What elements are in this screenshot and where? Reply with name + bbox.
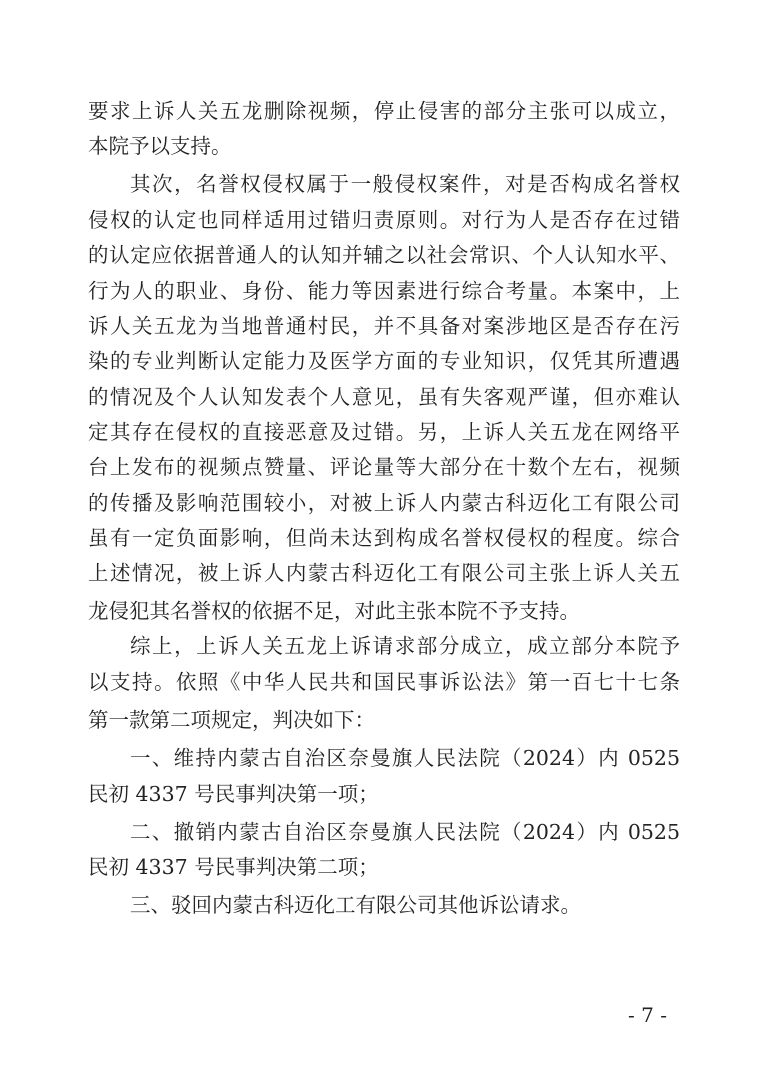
judgment-item-2: 二、撤销内蒙古自治区奈曼旗人民法院（2024）内 0525 [130, 817, 680, 847]
text-line: 其次，名誉权侵权属于一般侵权案件，对是否构成名誉权 [130, 169, 680, 199]
text-line: 要求上诉人关五龙删除视频，停止侵害的部分主张可以成立， [88, 96, 680, 126]
text-line: 第一款第二项规定，判决如下： [88, 705, 680, 735]
judgment-item-2-cont: 民初 4337 号民事判决第二项； [88, 852, 680, 882]
judgment-item-1-cont: 民初 4337 号民事判决第一项； [88, 779, 680, 809]
text-line: 侵权的认定也同样适用过错归责原则。对行为人是否存在过错 [88, 205, 680, 235]
judgment-item-3: 三、驳回内蒙古科迈化工有限公司其他诉讼请求。 [130, 890, 680, 920]
text-line: 虽有一定负面影响，但尚未达到构成名誉权侵权的程度。综合 [88, 523, 680, 553]
judgment-item-1: 一、维持内蒙古自治区奈曼旗人民法院（2024）内 0525 [130, 743, 680, 773]
text-line: 诉人关五龙为当地普通村民，并不具备对案涉地区是否存在污 [88, 311, 680, 341]
text-line: 定其存在侵权的直接恶意及过错。另，上诉人关五龙在网络平 [88, 417, 680, 447]
text-line: 的认定应依据普通人的认知并辅之以社会常识、个人认知水平、 [88, 240, 680, 270]
text-line: 以支持。依照《中华人民共和国民事诉讼法》第一百七十七条 [88, 667, 680, 697]
text-line: 行为人的职业、身份、能力等因素进行综合考量。本案中，上 [88, 276, 680, 306]
document-page: 要求上诉人关五龙删除视频，停止侵害的部分主张可以成立， 本院予以支持。 其次，名… [0, 0, 770, 1075]
text-line: 本院予以支持。 [88, 131, 680, 161]
text-line: 台上发布的视频点赞量、评论量等大部分在十数个左右，视频 [88, 452, 680, 482]
text-line: 上述情况，被上诉人内蒙古科迈化工有限公司主张上诉人关五 [88, 558, 680, 588]
text-line: 染的专业判断认定能力及医学方面的专业知识，仅凭其所遭遇 [88, 346, 680, 376]
text-line: 的情况及个人认知发表个人意见，虽有失客观严谨，但亦难认 [88, 382, 680, 412]
text-line: 综上，上诉人关五龙上诉请求部分成立，成立部分本院予 [130, 631, 680, 661]
text-line: 的传播及影响范围较小，对被上诉人内蒙古科迈化工有限公司 [88, 488, 680, 518]
text-line: 龙侵犯其名誉权的依据不足，对此主张本院不予支持。 [88, 596, 680, 626]
page-number: - 7 - [628, 1001, 667, 1029]
